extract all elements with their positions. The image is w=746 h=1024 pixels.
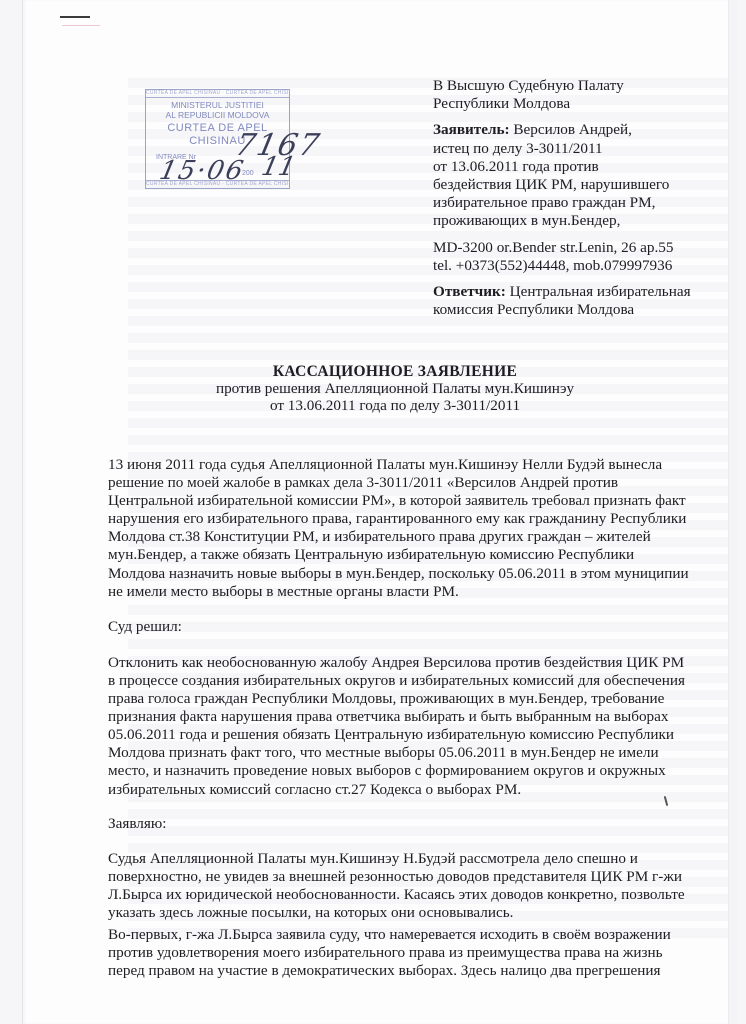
- document-subtitle-line-2: от 13.06.2011 года по делу 3-3011/2011: [100, 397, 690, 414]
- paragraph-first-argument: Во-первых, г-жа Л.Бырса заявила суду, чт…: [108, 926, 693, 980]
- applicant-label: Заявитель:: [433, 121, 510, 138]
- applicant-line: избирательное право граждан РМ,: [433, 194, 655, 211]
- stamp-top-band: CURTEA DE APEL CHISINAU · CURTEA DE APEL…: [146, 90, 289, 98]
- paragraph-decision: Отклонить как необоснованную жалобу Андр…: [108, 654, 693, 799]
- stamp-ministry-line: MINISTERUL JUSTITIEI: [146, 100, 289, 110]
- applicant-line: проживающих в мун.Бендер,: [433, 212, 620, 229]
- applicant-block: Заявитель: Версилов Андрей, истец по дел…: [433, 121, 733, 230]
- addressee-line-2: Республики Молдова: [433, 95, 570, 112]
- applicant-line: бездействия ЦИК РМ, нарушившего: [433, 176, 669, 193]
- respondent-block: Ответчик: Центральная избирательная коми…: [433, 283, 733, 319]
- applicant-address: MD-3200 or.Bender str.Lenin, 26 ap.55: [433, 239, 673, 256]
- applicant-contacts: MD-3200 or.Bender str.Lenin, 26 ap.55 te…: [433, 239, 733, 275]
- applicant-line: истец по делу 3-3011/2011: [433, 140, 603, 157]
- addressee: В Высшую Судебную Палату Республики Молд…: [433, 77, 733, 113]
- paragraph-judge-review: Судья Апелляционной Палаты мун.Кишинэу Н…: [108, 850, 693, 922]
- applicant-phone: tel. +0373(552)44448, mob.079997936: [433, 257, 672, 274]
- document-subtitle-line-1: против решения Апелляционной Палаты мун.…: [100, 380, 690, 397]
- document-title-block: КАССАЦИОННОЕ ЗАЯВЛЕНИЕ против решения Ап…: [100, 363, 690, 414]
- paragraph-declare: Заявляю:: [108, 815, 693, 833]
- stamp-republic-line: AL REPUBLICII MOLDOVA: [146, 110, 289, 120]
- handwritten-entry-year: 11: [259, 152, 298, 182]
- paragraph-court-decided: Суд решил:: [108, 618, 693, 636]
- corner-pen-mark: [60, 16, 90, 18]
- handwritten-entry-date: 15·06: [157, 156, 248, 186]
- document-title: КАССАЦИОННОЕ ЗАЯВЛЕНИЕ: [100, 363, 690, 380]
- addressee-line-1: В Высшую Судебную Палату: [433, 77, 624, 94]
- respondent-label: Ответчик:: [433, 283, 506, 300]
- respondent-line-2: комиссия Республики Молдова: [433, 301, 634, 318]
- respondent-name: Центральная избирательная: [506, 283, 691, 300]
- address-block: В Высшую Судебную Палату Республики Молд…: [433, 77, 733, 327]
- applicant-name: Версилов Андрей,: [510, 121, 632, 138]
- corner-faint-mark: [62, 25, 100, 26]
- applicant-line: от 13.06.2011 года против: [433, 158, 599, 175]
- document-body: 13 июня 2011 года судья Апелляционной Па…: [108, 456, 693, 980]
- paragraph-intro: 13 июня 2011 года судья Апелляционной Па…: [108, 456, 693, 601]
